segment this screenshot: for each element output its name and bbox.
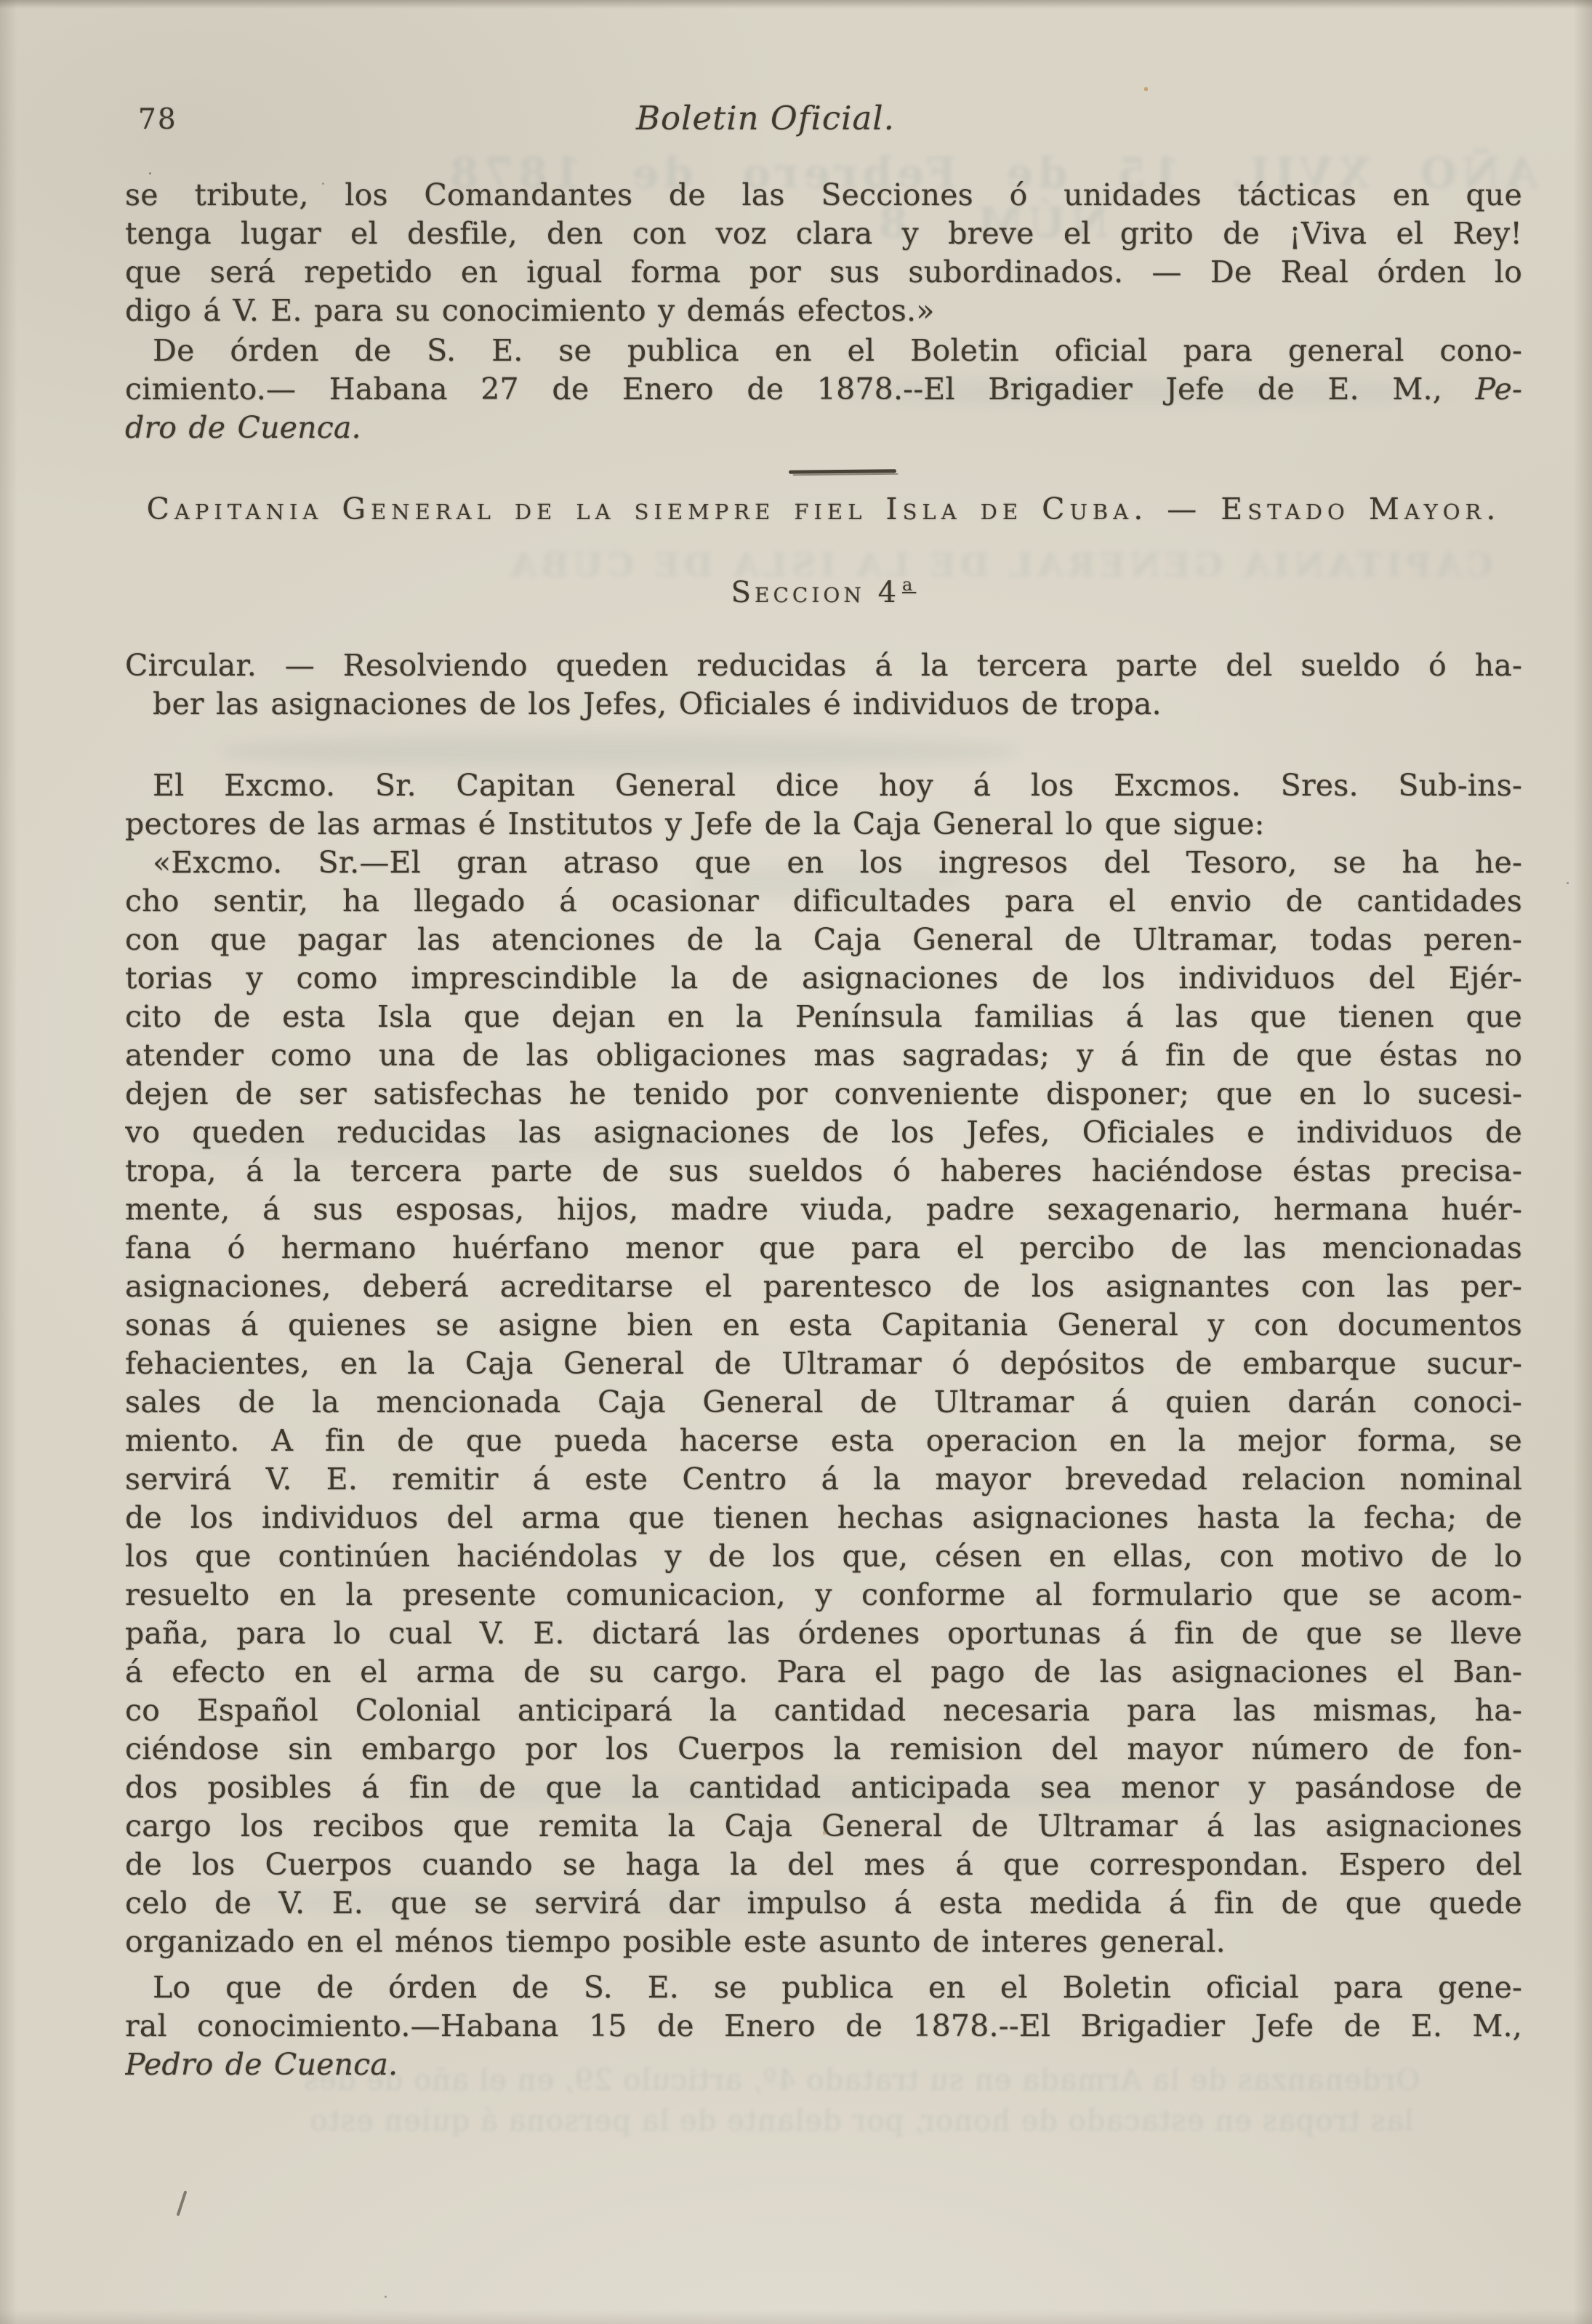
institution-heading: Capitania General de la siempre fiel Isl… (125, 489, 1522, 529)
text-line: los que continúen haciéndolas y de los q… (125, 1537, 1522, 1576)
text-line: «Excmo. Sr.—El gran atraso que en los in… (125, 844, 1522, 882)
text-line: celo de V. E. que se servirá dar impulso… (125, 1884, 1522, 1923)
text-line: El Excmo. Sr. Capitan General dice hoy á… (125, 766, 1522, 805)
text-line: torias y como imprescindible la de asign… (125, 959, 1522, 998)
text-line: tenga lugar el desfile, den con voz clar… (125, 215, 1522, 253)
text-line: con que pagar las atenciones de la Caja … (125, 921, 1522, 959)
text-line: que será repetido en igual forma por sus… (125, 253, 1522, 292)
signature-name: dro de Cuenca. (125, 409, 1522, 447)
signature-name: Pedro de Cuenca. (125, 2045, 1522, 2084)
text-line: se tribute, los Comandantes de las Secci… (125, 176, 1522, 215)
pen-mark (177, 2190, 188, 2216)
text-line: dos posibles á fin de que la cantidad an… (125, 1768, 1522, 1807)
section-number: 4 (878, 576, 900, 609)
text-line: de los Cuerpos cuando se haga la del mes… (125, 1846, 1522, 1884)
text-line: de los individuos del arma que tienen he… (125, 1499, 1522, 1537)
text-line: mente, á sus esposas, hijos, madre viuda… (125, 1190, 1522, 1229)
text-line: resuelto en la presente comunicacion, y … (125, 1576, 1522, 1614)
publication-note: De órden de S. E. se publica en el Bolet… (125, 332, 1522, 447)
ordinal-indicator: a (902, 574, 916, 595)
text-line: atender como una de las obligaciones mas… (125, 1036, 1522, 1075)
bleedthrough-smudge (218, 736, 1018, 766)
text-line: tropa, á la tercera parte de sus sueldos… (125, 1152, 1522, 1190)
text-line: organizado en el ménos tiempo posible es… (125, 1923, 1522, 1961)
text-line: Circular. — Resolviendo queden reducidas… (125, 646, 1522, 685)
text-segment: cimiento.— Habana 27 de Enero de 1878.--… (125, 372, 1476, 406)
bleedthrough-line-ghost: las tropas en estacado de honor, por del… (182, 2104, 1541, 2138)
text-line: dejen de ser satisfechas he tenido por c… (125, 1075, 1522, 1113)
text-line: cito de esta Isla que dejan en la Peníns… (125, 998, 1522, 1036)
text-line: á efecto en el arma de su cargo. Para el… (125, 1653, 1522, 1691)
circular-body: El Excmo. Sr. Capitan General dice hoy á… (125, 766, 1522, 1961)
text-line: vo queden reducidas las asignaciones de … (125, 1113, 1522, 1152)
text-line: ciéndose sin embargo por los Cuerpos la … (125, 1730, 1522, 1768)
closing-note: Lo que de órden de S. E. se publica en e… (125, 1968, 1522, 2084)
text-line: miento. A fin de que pueda hacerse esta … (125, 1422, 1522, 1460)
text-line: asignaciones, deberá acreditarse el pare… (125, 1267, 1522, 1306)
text-line: digo á V. E. para su conocimiento y demá… (125, 292, 1522, 330)
section-divider-rule (789, 469, 896, 474)
text-line: paña, para lo cual V. E. dictará las órd… (125, 1614, 1522, 1653)
running-head: 78 Boletin Oficial. (125, 99, 1522, 143)
circular-summary: Circular. — Resolviendo queden reducidas… (125, 646, 1522, 724)
text-line: ber las asignaciones de los Jefes, Ofici… (125, 685, 1522, 724)
text-line: co Español Colonial anticipará la cantid… (125, 1691, 1522, 1730)
paper-specks (0, 0, 1, 1)
text-line: De órden de S. E. se publica en el Bolet… (125, 332, 1522, 370)
signature-name: Pe- (1476, 372, 1522, 406)
text-line: cargo los recibos que remita la Caja Gen… (125, 1807, 1522, 1846)
section-subheading: Seccion 4a (125, 564, 1522, 605)
journal-title: Boletin Oficial. (125, 99, 1406, 137)
text-line: servirá V. E. remitir á este Centro á la… (125, 1460, 1522, 1499)
scanned-document-page: AÑO XVII. 15 de Febrero de 1878. NÚM. 8.… (0, 0, 1592, 2324)
section-word: Seccion (731, 576, 865, 609)
text-line: cho sentir, ha llegado á ocasionar dific… (125, 882, 1522, 921)
continuation-paragraph: se tribute, los Comandantes de las Secci… (125, 176, 1522, 330)
text-line: fehacientes, en la Caja General de Ultra… (125, 1345, 1522, 1383)
text-line: sales de la mencionada Caja General de U… (125, 1383, 1522, 1422)
text-line: sonas á quienes se asigne bien en esta C… (125, 1306, 1522, 1345)
text-line: cimiento.— Habana 27 de Enero de 1878.--… (125, 370, 1522, 409)
text-line: fana ó hermano huérfano menor que para e… (125, 1229, 1522, 1267)
text-line: ral conocimiento.—Habana 15 de Enero de … (125, 2007, 1522, 2045)
text-line: pectores de las armas é Institutos y Jef… (125, 805, 1522, 844)
text-line: Lo que de órden de S. E. se publica en e… (125, 1968, 1522, 2007)
